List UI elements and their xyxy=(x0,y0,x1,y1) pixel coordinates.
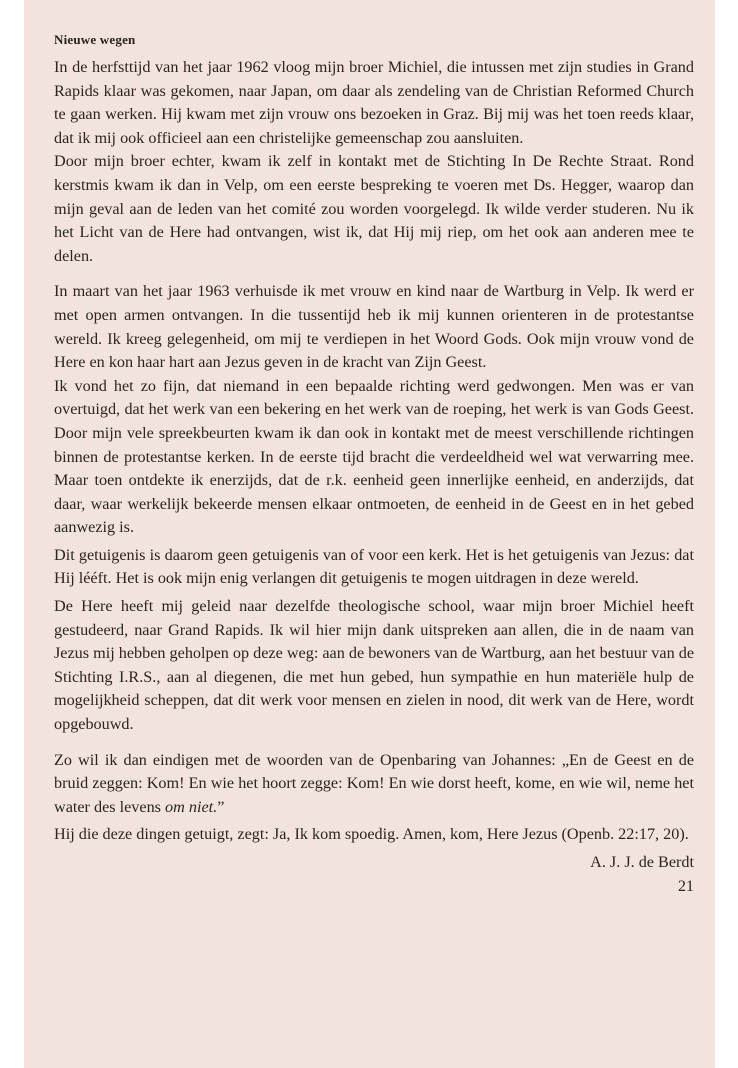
paragraph-5: Dit getuigenis is daarom geen getuigenis… xyxy=(54,544,694,591)
author-signature: A. J. J. de Berdt xyxy=(54,851,694,875)
paragraph-6: De Here heeft mij geleid naar dezelfde t… xyxy=(54,595,694,737)
paragraph-2: Door mijn broer echter, kwam ik zelf in … xyxy=(54,150,694,268)
quote-close: ” xyxy=(217,798,224,816)
paragraph-3: In maart van het jaar 1963 verhuisde ik … xyxy=(54,280,694,374)
quote-text: Zo wil ik dan eindigen met de woorden va… xyxy=(54,751,694,816)
page-number: 21 xyxy=(54,875,694,897)
paragraph-7-quote: Zo wil ik dan eindigen met de woorden va… xyxy=(54,749,694,820)
quote-italic: om niet. xyxy=(165,798,217,816)
paragraph-8: Hij die deze dingen getuigt, zegt: Ja, I… xyxy=(54,823,694,847)
book-page: Nieuwe wegen In de herfsttijd van het ja… xyxy=(24,0,715,1068)
paragraph-1: In de herfsttijd van het jaar 1962 vloog… xyxy=(54,56,694,150)
page-content: Nieuwe wegen In de herfsttijd van het ja… xyxy=(54,32,694,897)
section-heading: Nieuwe wegen xyxy=(54,32,694,48)
paragraph-4: Ik vond het zo fijn, dat niemand in een … xyxy=(54,375,694,540)
